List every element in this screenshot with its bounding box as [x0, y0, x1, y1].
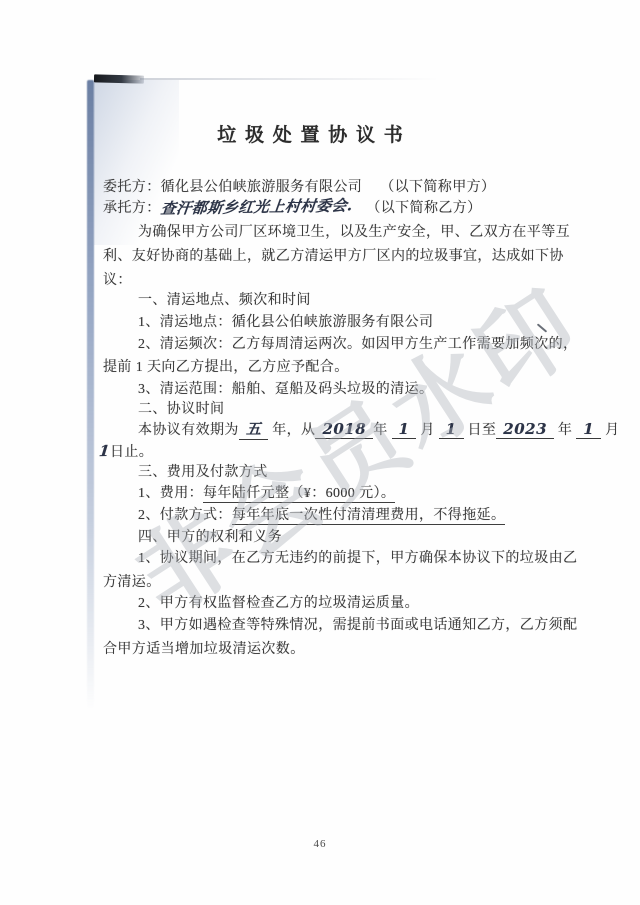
- handwritten-blank: 2018: [315, 420, 373, 439]
- body-text: 议：: [103, 273, 132, 288]
- body-text: 1、协议期间，在乙方无违约的前提下，甲方确保本协议下的垃圾由乙: [138, 551, 577, 566]
- scanned-page: 垃 圾 处 置 协 议 书 委托方：循化县公伯峡旅游服务有限公司（以下简称甲方）…: [0, 0, 640, 905]
- doc-line: 承托方：查汗都斯乡红光上村村委会.（以下简称乙方）: [103, 196, 482, 217]
- body-text: 年: [554, 423, 576, 438]
- body-text: 三、费用及付款方式: [138, 465, 268, 480]
- page-number: 46: [0, 838, 640, 850]
- doc-line: 1、清运地点：循化县公伯峡旅游服务有限公司: [138, 311, 433, 331]
- body-text: 二、协议时间: [138, 402, 224, 417]
- doc-line: 3、甲方如遇检查等特殊情况，需提前书面或电话通知乙方，乙方须配: [138, 614, 577, 634]
- scan-top-edge: [140, 78, 440, 80]
- doc-line: 2、付款方式：每年年底一次性付清清理费用，不得拖延。: [138, 504, 505, 524]
- handwritten-text: 1: [98, 442, 111, 460]
- body-text: 一、清运地点、频次和时间: [138, 293, 311, 308]
- handwritten-blank: 1: [392, 420, 417, 439]
- doc-line: 方清运。: [103, 571, 161, 591]
- body-text: 2、付款方式：: [138, 508, 232, 523]
- doc-line: 提前 1 天向乙方提出，乙方应予配合。: [103, 356, 349, 376]
- body-text: 年，从: [268, 423, 315, 438]
- body-text: 月: [601, 423, 619, 438]
- doc-line: 3、清运范围：船舶、趸船及码头垃圾的清运。: [138, 378, 433, 398]
- body-text: 2、清运频次：乙方每周清运两次。如因甲方生产工作需要加频次的，: [138, 337, 577, 352]
- doc-title: 垃 圾 处 置 协 议 书: [0, 120, 631, 147]
- doc-line: 本协议有效期为五 年，从2018年 1 月 1 日至2023 年 1 月: [138, 418, 619, 440]
- handwritten-blank: 2023: [496, 420, 554, 439]
- body-text: （以下简称乙方）: [366, 201, 481, 216]
- doc-line: 1日止。: [99, 441, 153, 461]
- handwritten-blank: 1: [576, 420, 601, 439]
- doc-line: 利、友好协商的基础上，就乙方清运甲方厂区内的垃圾事宜，达成如下协: [103, 245, 564, 265]
- blank-gap: [352, 211, 366, 212]
- doc-line: 委托方：循化县公伯峡旅游服务有限公司（以下简称甲方）: [103, 176, 495, 196]
- pen-stray-mark: [537, 323, 547, 332]
- body-text: 本协议有效期为: [138, 423, 239, 438]
- doc-line: 议：: [103, 269, 132, 289]
- doc-line: 合甲方适当增加垃圾清运次数。: [103, 638, 305, 658]
- body-text: 委托方：循化县公伯峡旅游服务有限公司: [103, 180, 362, 195]
- doc-line: 1、费用：每年陆仟元整（¥：6000 元）。: [138, 482, 395, 502]
- blank-gap: [362, 190, 380, 191]
- body-text: 1、清运地点：循化县公伯峡旅游服务有限公司: [138, 315, 433, 330]
- doc-line: 四、甲方的权利和义务: [138, 526, 282, 546]
- body-text: 承托方：: [103, 201, 161, 216]
- handwritten-blank: 五: [239, 418, 269, 440]
- body-text: 合甲方适当增加垃圾清运次数。: [103, 642, 305, 657]
- body-text: 2、甲方有权监督检查乙方的垃圾清运质量。: [138, 596, 419, 611]
- body-text: （以下简称甲方）: [380, 180, 495, 195]
- doc-line: 二、协议时间: [138, 398, 224, 418]
- body-text: 日至: [464, 423, 497, 438]
- underlined-text: 每年年底一次性付清清理费用，不得拖延。: [232, 508, 506, 525]
- doc-line: 2、清运频次：乙方每周清运两次。如因甲方生产工作需要加频次的，: [138, 333, 577, 353]
- handwritten-text: 查汗都斯乡红光上村村委会.: [159, 194, 353, 218]
- body-text: 3、甲方如遇检查等特殊情况，需提前书面或电话通知乙方，乙方须配: [138, 618, 577, 633]
- doc-line: 1、协议期间，在乙方无违约的前提下，甲方确保本协议下的垃圾由乙: [138, 547, 577, 567]
- handwritten-blank: 1: [439, 420, 464, 439]
- underlined-text: 每年陆仟元整（¥：6000 元）。: [203, 486, 395, 503]
- body-text: 四、甲方的权利和义务: [138, 530, 282, 545]
- body-text: 为确保甲方公司厂区环境卫生，以及生产安全，甲、乙双方在平等互: [138, 225, 570, 240]
- body-text: 方清运。: [103, 575, 161, 590]
- body-text: 年: [373, 423, 391, 438]
- scan-corner-artifact: [94, 74, 144, 83]
- body-text: 月: [416, 423, 438, 438]
- doc-line: 三、费用及付款方式: [138, 461, 268, 481]
- body-text: 日止。: [110, 445, 153, 460]
- scan-left-edge: [87, 80, 94, 710]
- body-text: 1、费用：: [138, 486, 203, 501]
- body-text: 提前 1 天向乙方提出，乙方应予配合。: [103, 360, 349, 375]
- doc-line: 一、清运地点、频次和时间: [138, 289, 311, 309]
- doc-line: 2、甲方有权监督检查乙方的垃圾清运质量。: [138, 592, 419, 612]
- doc-line: 为确保甲方公司厂区环境卫生，以及生产安全，甲、乙双方在平等互: [138, 221, 570, 241]
- body-text: 3、清运范围：船舶、趸船及码头垃圾的清运。: [138, 382, 433, 397]
- body-text: 利、友好协商的基础上，就乙方清运甲方厂区内的垃圾事宜，达成如下协: [103, 249, 564, 264]
